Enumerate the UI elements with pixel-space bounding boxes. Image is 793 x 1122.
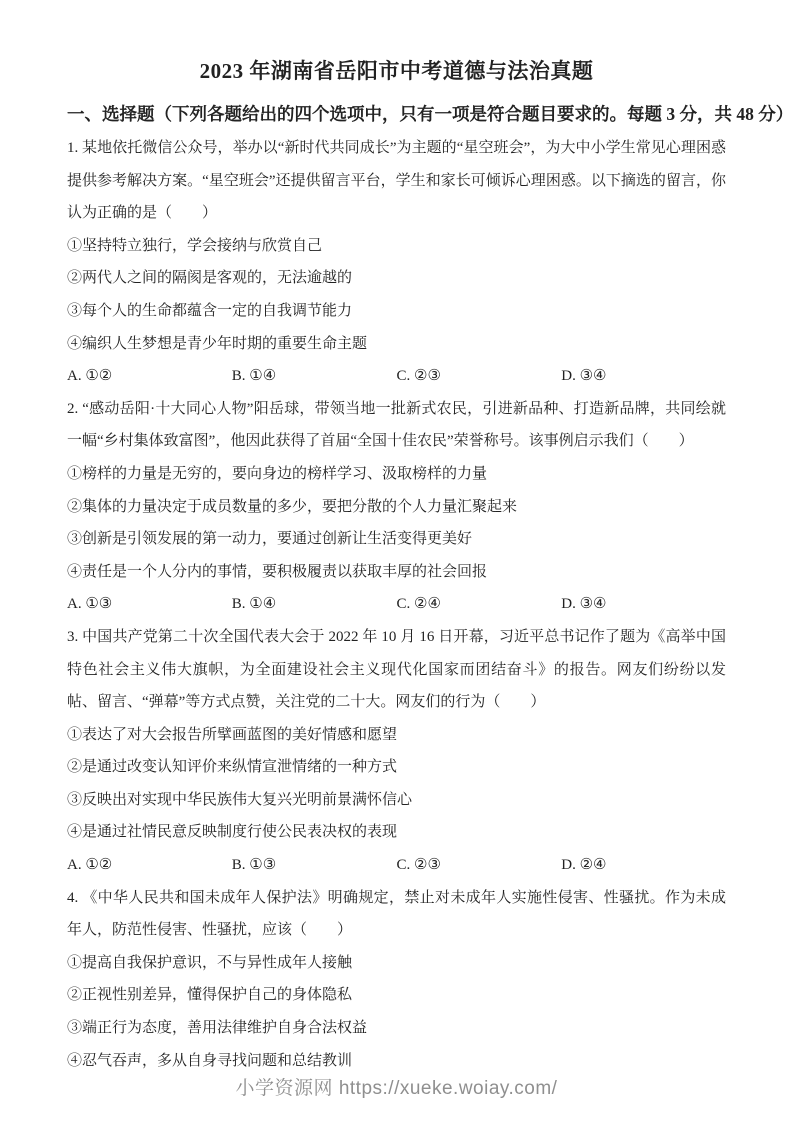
question-3-option-c: C. ②③ (397, 849, 562, 882)
question-1-option-c: C. ②③ (397, 360, 562, 393)
footer-site-link[interactable]: 小学资源网 https://xueke.woiay.com/ (0, 1073, 793, 1100)
question-3-options: A. ①② B. ①③ C. ②③ D. ②④ (67, 849, 726, 882)
question-3-item-1: ①表达了对大会报告所擘画蓝图的美好情感和愿望 (67, 719, 726, 752)
question-3-item-4: ④是通过社情民意反映制度行使公民表决权的表现 (67, 816, 726, 849)
question-3-option-b: B. ①③ (232, 849, 397, 882)
question-2-option-b: B. ①④ (232, 588, 397, 621)
question-1-options: A. ①② B. ①④ C. ②③ D. ③④ (67, 360, 726, 393)
question-1: 1. 某地依托微信公众号，举办以“新时代共同成长”为主题的“星空班会”，为大中小… (67, 132, 726, 393)
question-3-item-2: ②是通过改变认知评价来纵情宣泄情绪的一种方式 (67, 751, 726, 784)
question-3: 3. 中国共产党第二十次全国代表大会于 2022 年 10 月 16 日开幕，习… (67, 621, 726, 882)
question-4-item-3: ③端正行为态度，善用法律维护自身合法权益 (67, 1012, 726, 1045)
question-3-option-d: D. ②④ (561, 849, 726, 882)
question-2-options: A. ①③ B. ①④ C. ②④ D. ③④ (67, 588, 726, 621)
question-2-stem: 2. “感动岳阳·十大同心人物”阳岳球，带领当地一批新式农民，引进新品种、打造新… (67, 393, 726, 458)
question-4-item-1: ①提高自我保护意识，不与异性成年人接触 (67, 947, 726, 980)
question-2-item-3: ③创新是引领发展的第一动力，要通过创新让生活变得更美好 (67, 523, 726, 556)
question-2-item-4: ④责任是一个人分内的事情，要积极履责以获取丰厚的社会回报 (67, 556, 726, 589)
question-2: 2. “感动岳阳·十大同心人物”阳岳球，带领当地一批新式农民，引进新品种、打造新… (67, 393, 726, 621)
question-4: 4. 《中华人民共和国未成年人保护法》明确规定，禁止对未成年人实施性侵害、性骚扰… (67, 882, 726, 1078)
question-4-stem: 4. 《中华人民共和国未成年人保护法》明确规定，禁止对未成年人实施性侵害、性骚扰… (67, 882, 726, 947)
question-2-item-2: ②集体的力量决定于成员数量的多少，要把分散的个人力量汇聚起来 (67, 491, 726, 524)
question-1-stem: 1. 某地依托微信公众号，举办以“新时代共同成长”为主题的“星空班会”，为大中小… (67, 132, 726, 230)
exam-document-page: 2023 年湖南省岳阳市中考道德与法治真题 一、选择题（下列各题给出的四个选项中… (0, 0, 793, 1122)
question-1-option-b: B. ①④ (232, 360, 397, 393)
question-1-item-1: ①坚持特立独行，学会接纳与欣赏自己 (67, 230, 726, 263)
question-1-item-2: ②两代人之间的隔阂是客观的，无法逾越的 (67, 262, 726, 295)
question-3-item-3: ③反映出对实现中华民族伟大复兴光明前景满怀信心 (67, 784, 726, 817)
question-1-option-a: A. ①② (67, 360, 232, 393)
question-2-option-c: C. ②④ (397, 588, 562, 621)
question-2-option-a: A. ①③ (67, 588, 232, 621)
question-1-item-4: ④编织人生梦想是青少年时期的重要生命主题 (67, 328, 726, 361)
question-2-option-d: D. ③④ (561, 588, 726, 621)
footer-site-url: https://xueke.woiay.com/ (339, 1078, 558, 1099)
question-2-item-1: ①榜样的力量是无穷的，要向身边的榜样学习、汲取榜样的力量 (67, 458, 726, 491)
question-1-item-3: ③每个人的生命都蕴含一定的自我调节能力 (67, 295, 726, 328)
footer-site-name: 小学资源网 (236, 1078, 334, 1099)
question-4-item-2: ②正视性别差异，懂得保护自己的身体隐私 (67, 979, 726, 1012)
question-3-option-a: A. ①② (67, 849, 232, 882)
question-1-option-d: D. ③④ (561, 360, 726, 393)
page-title: 2023 年湖南省岳阳市中考道德与法治真题 (67, 56, 726, 86)
question-3-stem: 3. 中国共产党第二十次全国代表大会于 2022 年 10 月 16 日开幕，习… (67, 621, 726, 719)
section-heading: 一、选择题（下列各题给出的四个选项中，只有一项是符合题目要求的。每题 3 分，共… (67, 100, 726, 128)
